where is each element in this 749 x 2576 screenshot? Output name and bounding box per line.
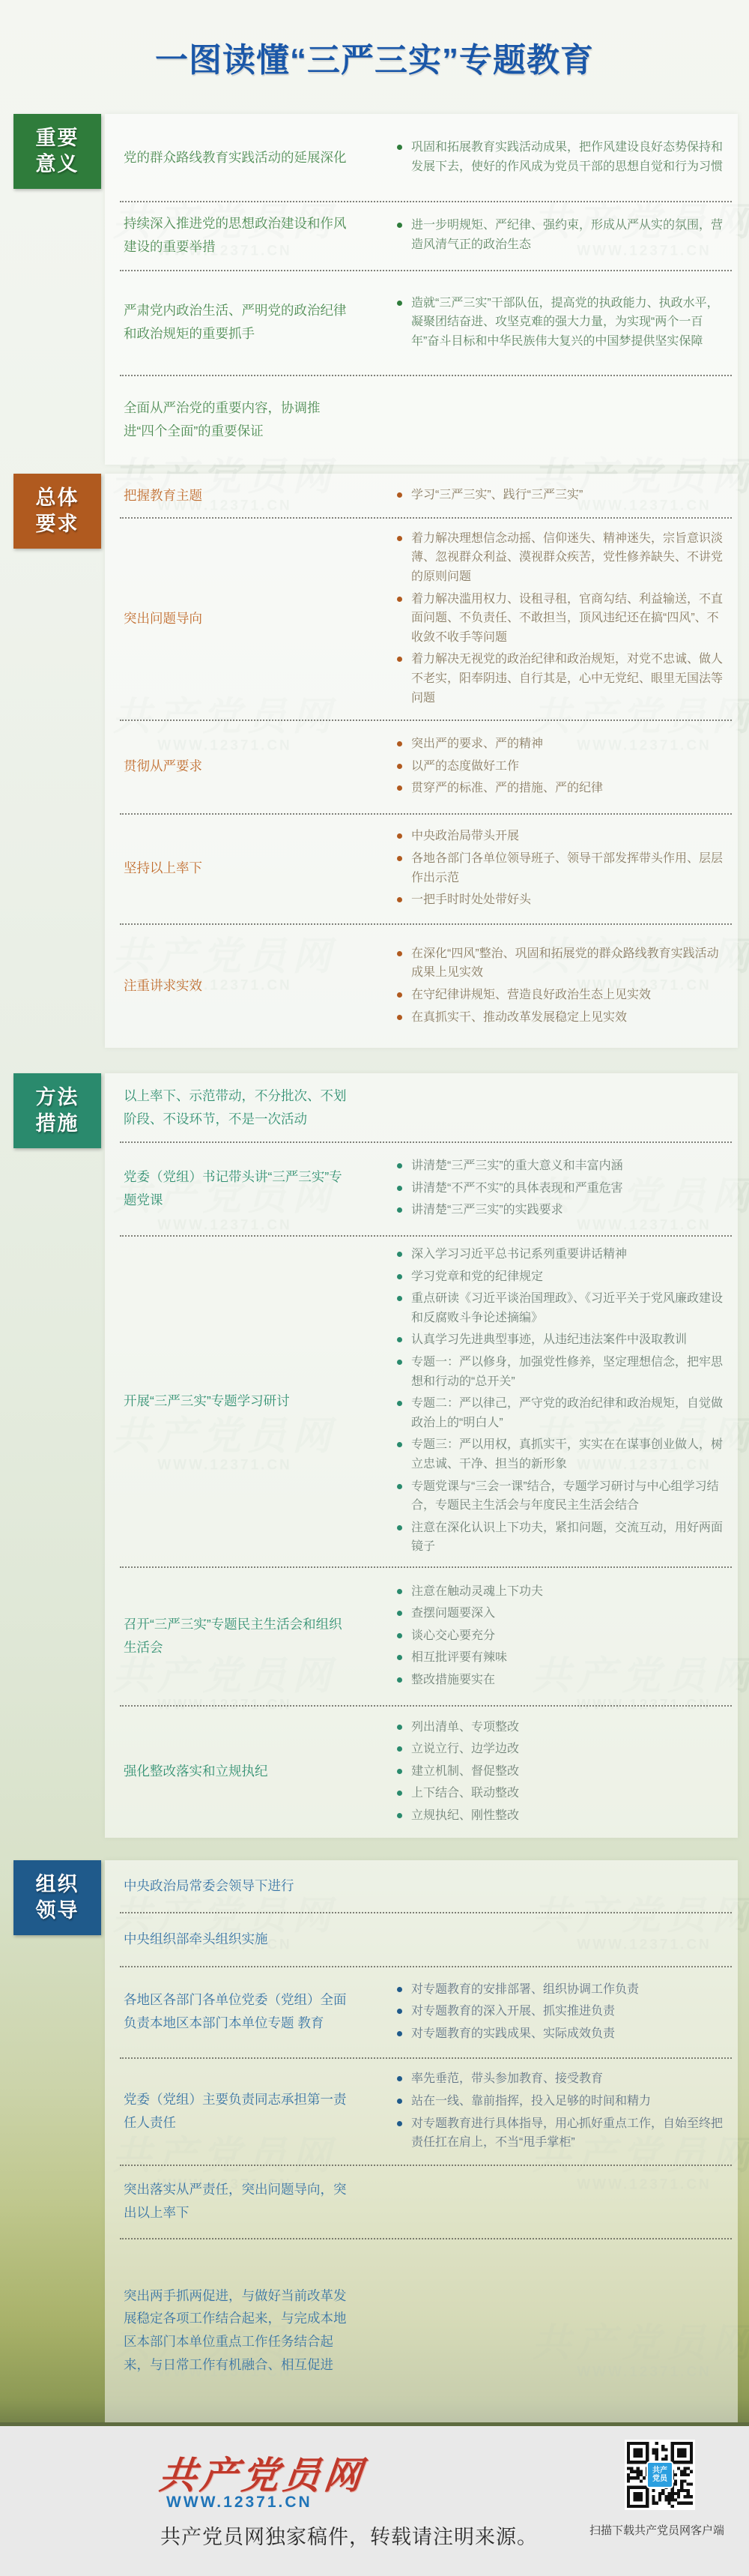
bullet-text: 上下结合、联动整改 bbox=[411, 1784, 519, 1803]
bullet-dot-icon bbox=[397, 741, 402, 746]
bullet-text: 贯穿严的标准、严的措施、严的纪律 bbox=[411, 779, 603, 798]
bullet-item: 突出严的要求、严的精神 bbox=[397, 735, 727, 754]
content-row: 把握教育主题学习“三严三实”、践行“三严三实” bbox=[105, 474, 738, 517]
content-row: 严肃党内政治生活、严明党的政治纪律和政治规矩的重要抓手造就“三严三实”干部队伍，… bbox=[105, 270, 738, 375]
row-label: 贯彻从严要求 bbox=[105, 755, 360, 778]
bullet-item: 注意在深化认识上下功夫，紧扣问题，交流互动，用好两面镜子 bbox=[397, 1518, 727, 1557]
bullet-dot-icon bbox=[397, 1633, 402, 1638]
bullet-list: 巩固和拓展教育实践活动成果，把作风建设良好态势保持和发展下去，使好的作风成为党员… bbox=[360, 135, 738, 179]
content-row: 全面从严治党的重要内容，协调推进“四个全面”的重要保证 bbox=[105, 375, 738, 465]
bullet-text: 在深化“四风”整治、巩固和拓展党的群众路线教育实践活动成果上见实效 bbox=[411, 944, 727, 983]
row-label: 中央政治局常委会领导下进行 bbox=[105, 1874, 360, 1898]
bullet-text: 在守纪律讲规矩、营造良好政治生态上见实效 bbox=[411, 986, 651, 1005]
bullet-dot-icon bbox=[397, 1015, 402, 1020]
bullet-dot-icon bbox=[397, 2031, 402, 2036]
bullet-item: 对专题教育的安排部署、组织协调工作负责 bbox=[397, 1980, 727, 2000]
bullet-dot-icon bbox=[397, 1655, 402, 1660]
bullet-dot-icon bbox=[397, 1677, 402, 1683]
bullet-dot-icon bbox=[397, 1360, 402, 1365]
content-row: 突出两手抓两促进，与做好当前改革发展稳定各项工作结合起来，与完成本地区本部门本单… bbox=[105, 2238, 738, 2422]
bullet-item: 对专题教育的实践成果、实际成效负责 bbox=[397, 2024, 727, 2044]
bullet-dot-icon bbox=[397, 301, 402, 306]
bullet-dot-icon bbox=[397, 657, 402, 662]
bullet-text: 进一步明规矩、严纪律、强约束，形成从严从实的氛围，营造风清气正的政治生态 bbox=[411, 216, 727, 254]
bullet-dot-icon bbox=[397, 2099, 402, 2104]
bullet-text: 专题二：严以律己，严守党的政治纪律和政治规矩，自觉做政治上的“明白人” bbox=[411, 1394, 727, 1432]
bullet-dot-icon bbox=[397, 992, 402, 998]
bullet-text: 率先垂范，带头参加教育、接受教育 bbox=[411, 2069, 603, 2089]
content-row: 注重讲求实效在深化“四风”整治、巩固和拓展党的群众路线教育实践活动成果上见实效在… bbox=[105, 923, 738, 1048]
bullet-dot-icon bbox=[397, 536, 402, 541]
bullet-text: 注意在深化认识上下功夫，紧扣问题，交流互动，用好两面镜子 bbox=[411, 1518, 727, 1557]
bullet-text: 在真抓实干、推动改革发展稳定上见实效 bbox=[411, 1008, 627, 1028]
qr-app-icon-text: 共产 bbox=[652, 2467, 667, 2476]
content-row: 中央组织部牵头组织实施 bbox=[105, 1912, 738, 1966]
section-badge-text: 措施 bbox=[36, 1111, 79, 1137]
bullet-item: 以严的态度做好工作 bbox=[397, 757, 727, 776]
row-label: 开展“三严三实”专题学习研讨 bbox=[105, 1390, 360, 1413]
bullet-dot-icon bbox=[397, 2121, 402, 2126]
content-row: 党的群众路线教育实践活动的延展深化巩固和拓展教育实践活动成果，把作风建设良好态势… bbox=[105, 114, 738, 201]
bullet-list: 在深化“四风”整治、巩固和拓展党的群众路线教育实践活动成果上见实效在守纪律讲规矩… bbox=[360, 941, 738, 1030]
bullet-text: 建立机制、督促整改 bbox=[411, 1762, 519, 1782]
bullet-dot-icon bbox=[397, 1746, 402, 1752]
bullet-text: 中央政治局带头开展 bbox=[411, 827, 519, 846]
content-row: 各地区各部门各单位党委（党组）全面负责本地区本部门本单位专题 教育对专题教育的安… bbox=[105, 1966, 738, 2057]
bullet-text: 站在一线、靠前指挥，投入足够的时间和精力 bbox=[411, 2092, 651, 2111]
bullet-text: 相互批评要有辣味 bbox=[411, 1648, 507, 1668]
bullet-item: 专题一：严以修身，加强党性修养，坚定理想信念，把牢思想和行动的“总开关” bbox=[397, 1353, 727, 1391]
bullet-dot-icon bbox=[397, 1813, 402, 1818]
infographic-page: 共产党员网WWW.12371.CN共产党员网WWW.12371.CN共产党员网W… bbox=[0, 0, 749, 2576]
bullet-item: 贯穿严的标准、严的措施、严的纪律 bbox=[397, 779, 727, 798]
bullet-item: 一把手时时处处带好头 bbox=[397, 890, 727, 910]
bullet-dot-icon bbox=[397, 856, 402, 861]
bullet-text: 对专题教育的深入开展、抓实推进负责 bbox=[411, 2002, 615, 2021]
bullet-text: 着力解决无视党的政治纪律和政治规矩，对党不忠诚、做人不老实，阳奉阴违、自行其是，… bbox=[411, 650, 727, 708]
bullet-text: 讲清楚“三严三实”的实践要求 bbox=[411, 1201, 563, 1220]
row-label: 注重讲求实效 bbox=[105, 974, 360, 998]
bullet-text: 以严的态度做好工作 bbox=[411, 757, 519, 776]
bullet-dot-icon bbox=[397, 2009, 402, 2014]
bullet-dot-icon bbox=[397, 1725, 402, 1730]
qr-app-icon: 共产 党员 bbox=[646, 2461, 673, 2488]
row-label: 把握教育主题 bbox=[105, 484, 360, 507]
bullet-item: 谈心交心要充分 bbox=[397, 1626, 727, 1646]
bullet-text: 专题一：严以修身，加强党性修养，坚定理想信念，把牢思想和行动的“总开关” bbox=[411, 1353, 727, 1391]
section-overall: 总体要求把握教育主题学习“三严三实”、践行“三严三实”突出问题导向着力解决理想信… bbox=[105, 474, 738, 1048]
bullet-dot-icon bbox=[397, 833, 402, 839]
bullet-dot-icon bbox=[397, 785, 402, 791]
section-badge-text: 领导 bbox=[36, 1898, 79, 1924]
bullet-list: 着力解决理想信念动摇、信仰迷失、精神迷失，宗旨意识淡薄、忽视群众利益、漠视群众疾… bbox=[360, 526, 738, 711]
page-footer: 共产党员网 WWW.12371.CN 共产党员网独家稿件，转载请注明来源。 共产… bbox=[0, 2426, 749, 2576]
page-header: 一图读懂“三严三实”专题教育 bbox=[0, 0, 749, 114]
row-label: 严肃党内政治生活、严明党的政治纪律和政治规矩的重要抓手 bbox=[105, 299, 360, 345]
bullet-item: 站在一线、靠前指挥，投入足够的时间和精力 bbox=[397, 2092, 727, 2111]
row-label: 党委（党组）书记带头讲“三严三实”专题党课 bbox=[105, 1165, 360, 1211]
bullet-dot-icon bbox=[397, 2076, 402, 2081]
bullet-dot-icon bbox=[397, 1525, 402, 1530]
bullet-dot-icon bbox=[397, 764, 402, 769]
bullet-dot-icon bbox=[397, 1163, 402, 1168]
bullet-item: 立说立行、边学边改 bbox=[397, 1740, 727, 1759]
content-row: 突出落实从严责任，突出问题导向，突出以上率下 bbox=[105, 2165, 738, 2238]
content-row: 贯彻从严要求突出严的要求、严的精神以严的态度做好工作贯穿严的标准、严的措施、严的… bbox=[105, 720, 738, 813]
qr-code: 共产 党员 bbox=[625, 2440, 695, 2510]
bullet-text: 讲清楚“三严三实”的重大意义和丰富内涵 bbox=[411, 1156, 623, 1176]
site-logo: 共产党员网 bbox=[157, 2446, 369, 2500]
bullet-item: 讲清楚“三严三实”的重大意义和丰富内涵 bbox=[397, 1156, 727, 1176]
row-label: 突出问题导向 bbox=[105, 607, 360, 630]
bullet-text: 一把手时时处处带好头 bbox=[411, 890, 531, 910]
bullet-dot-icon bbox=[397, 1207, 402, 1213]
bullet-item: 进一步明规矩、严纪律、强约束，形成从严从实的氛围，营造风清气正的政治生态 bbox=[397, 216, 727, 254]
section-badge-overall: 总体要求 bbox=[13, 474, 101, 549]
bullet-text: 对专题教育的安排部署、组织协调工作负责 bbox=[411, 1980, 639, 2000]
bullet-dot-icon bbox=[397, 1769, 402, 1774]
bullet-item: 整改措施要实在 bbox=[397, 1671, 727, 1690]
bullet-text: 认真学习先进典型事迹，从违纪违法案件中汲取教训 bbox=[411, 1330, 687, 1350]
row-label: 突出两手抓两促进，与做好当前改革发展稳定各项工作结合起来，与完成本地区本部门本单… bbox=[105, 2284, 360, 2377]
bullet-dot-icon bbox=[397, 1274, 402, 1279]
bullet-text: 学习“三严三实”、践行“三严三实” bbox=[411, 486, 583, 505]
bullet-list: 学习“三严三实”、践行“三严三实” bbox=[360, 483, 738, 508]
bullet-dot-icon bbox=[397, 897, 402, 902]
bullet-dot-icon bbox=[397, 597, 402, 602]
bullet-list: 列出清单、专项整改立说立行、边学边改建立机制、督促整改上下结合、联动整改立规执纪… bbox=[360, 1715, 738, 1829]
bullet-item: 在守纪律讲规矩、营造良好政治生态上见实效 bbox=[397, 986, 727, 1005]
bullet-list: 对专题教育的安排部署、组织协调工作负责对专题教育的深入开展、抓实推进负责对专题教… bbox=[360, 1977, 738, 2047]
qr-app-icon-text: 党员 bbox=[652, 2475, 667, 2484]
bullet-item: 着力解决无视党的政治纪律和政治规矩，对党不忠诚、做人不老实，阳奉阴违、自行其是，… bbox=[397, 650, 727, 708]
bullet-item: 列出清单、专项整改 bbox=[397, 1718, 727, 1737]
bullet-text: 突出严的要求、严的精神 bbox=[411, 735, 543, 754]
bullet-text: 造就“三严三实”干部队伍，提高党的执政能力、执政水平，凝聚团结奋进、攻坚克难的强… bbox=[411, 294, 727, 352]
bullet-text: 各地各部门各单位领导班子、领导干部发挥带头作用、层层作出示范 bbox=[411, 849, 727, 887]
bullet-item: 巩固和拓展教育实践活动成果，把作风建设良好态势保持和发展下去，使好的作风成为党员… bbox=[397, 138, 727, 176]
bullet-text: 列出清单、专项整改 bbox=[411, 1718, 519, 1737]
bullet-item: 在深化“四风”整治、巩固和拓展党的群众路线教育实践活动成果上见实效 bbox=[397, 944, 727, 983]
bullet-list: 深入学习习近平总书记系列重要讲话精神学习党章和党的纪律规定重点研读《习近平谈治国… bbox=[360, 1242, 738, 1560]
bullet-text: 谈心交心要充分 bbox=[411, 1626, 495, 1646]
section-methods: 方法措施以上率下、示范带动，不分批次、不划阶段、不设环节，不是一次活动党委（党组… bbox=[105, 1073, 738, 1838]
section-badge-leadership: 组织领导 bbox=[13, 1860, 101, 1935]
bullet-item: 学习“三严三实”、践行“三严三实” bbox=[397, 486, 727, 505]
bullet-text: 深入学习习近平总书记系列重要讲话精神 bbox=[411, 1245, 627, 1264]
bullet-item: 查摆问题要深入 bbox=[397, 1604, 727, 1623]
bullet-item: 深入学习习近平总书记系列重要讲话精神 bbox=[397, 1245, 727, 1264]
bullet-item: 在真抓实干、推动改革发展稳定上见实效 bbox=[397, 1008, 727, 1028]
copyright-note: 共产党员网独家稿件，转载请注明来源。 bbox=[160, 2521, 538, 2550]
bullet-dot-icon bbox=[397, 223, 402, 228]
content-row: 中央政治局常委会领导下进行 bbox=[105, 1860, 738, 1912]
bullet-item: 相互批评要有辣味 bbox=[397, 1648, 727, 1668]
bullet-dot-icon bbox=[397, 492, 402, 498]
section-importance: 重要意义党的群众路线教育实践活动的延展深化巩固和拓展教育实践活动成果，把作风建设… bbox=[105, 114, 738, 465]
bullet-text: 整改措施要实在 bbox=[411, 1671, 495, 1690]
bullet-text: 讲清楚“不严不实”的具体表现和严重危害 bbox=[411, 1179, 623, 1198]
bullet-item: 中央政治局带头开展 bbox=[397, 827, 727, 846]
row-label: 以上率下、示范带动，不分批次、不划阶段、不设环节，不是一次活动 bbox=[105, 1085, 360, 1130]
sections-container: 重要意义党的群众路线教育实践活动的延展深化巩固和拓展教育实践活动成果，把作风建设… bbox=[0, 114, 749, 2422]
bullet-dot-icon bbox=[397, 1296, 402, 1301]
bullet-list: 率先垂范，带头参加教育、接受教育站在一线、靠前指挥，投入足够的时间和精力对专题教… bbox=[360, 2066, 738, 2155]
row-label: 中央组织部牵头组织实施 bbox=[105, 1928, 360, 1951]
row-label: 全面从严治党的重要内容，协调推进“四个全面”的重要保证 bbox=[105, 396, 360, 442]
bullet-item: 上下结合、联动整改 bbox=[397, 1784, 727, 1803]
content-row: 突出问题导向着力解决理想信念动摇、信仰迷失、精神迷失，宗旨意识淡薄、忽视群众利益… bbox=[105, 517, 738, 720]
section-leadership: 组织领导中央政治局常委会领导下进行中央组织部牵头组织实施各地区各部门各单位党委（… bbox=[105, 1860, 738, 2422]
bullet-text: 对专题教育的实践成果、实际成效负责 bbox=[411, 2024, 615, 2044]
bullet-item: 讲清楚“不严不实”的具体表现和严重危害 bbox=[397, 1179, 727, 1198]
bullet-item: 对专题教育的深入开展、抓实推进负责 bbox=[397, 2002, 727, 2021]
section-badge-methods: 方法措施 bbox=[13, 1073, 101, 1148]
bullet-text: 立规执纪、刚性整改 bbox=[411, 1806, 519, 1826]
section-badge-text: 组织 bbox=[36, 1871, 79, 1898]
bullet-item: 造就“三严三实”干部队伍，提高党的执政能力、执政水平，凝聚团结奋进、攻坚克难的强… bbox=[397, 294, 727, 352]
bullet-dot-icon bbox=[397, 1611, 402, 1616]
bullet-dot-icon bbox=[397, 1791, 402, 1796]
bullet-text: 专题党课与“三会一课”结合，专题学习研讨与中心组学习结合，专题民主生活会与年度民… bbox=[411, 1477, 727, 1515]
content-row: 坚持以上率下中央政治局带头开展各地各部门各单位领导班子、领导干部发挥带头作用、层… bbox=[105, 813, 738, 923]
qr-caption: 扫描下载共产党员网客户端 bbox=[586, 2522, 728, 2538]
section-badge-text: 方法 bbox=[36, 1085, 79, 1111]
content-row: 开展“三严三实”专题学习研讨深入学习习近平总书记系列重要讲话精神学习党章和党的纪… bbox=[105, 1235, 738, 1566]
bullet-list: 中央政治局带头开展各地各部门各单位领导班子、领导干部发挥带头作用、层层作出示范一… bbox=[360, 824, 738, 912]
bullet-item: 对专题教育进行具体指导，用心抓好重点工作，自始至终把责任扛在肩上，不当“甩手掌柜… bbox=[397, 2114, 727, 2153]
bullet-text: 对专题教育进行具体指导，用心抓好重点工作，自始至终把责任扛在肩上，不当“甩手掌柜… bbox=[411, 2114, 727, 2153]
row-label: 强化整改落实和立规执纪 bbox=[105, 1760, 360, 1783]
bullet-text: 巩固和拓展教育实践活动成果，把作风建设良好态势保持和发展下去，使好的作风成为党员… bbox=[411, 138, 727, 176]
bullet-item: 学习党章和党的纪律规定 bbox=[397, 1267, 727, 1287]
row-label: 召开“三严三实”专题民主生活会和组织生活会 bbox=[105, 1613, 360, 1659]
row-label: 各地区各部门各单位党委（党组）全面负责本地区本部门本单位专题 教育 bbox=[105, 1988, 360, 2034]
section-badge-text: 重要 bbox=[36, 125, 79, 151]
bullet-dot-icon bbox=[397, 1589, 402, 1594]
bullet-list: 造就“三严三实”干部队伍，提高党的执政能力、执政水平，凝聚团结奋进、攻坚克难的强… bbox=[360, 291, 738, 355]
row-label: 持续深入推进党的思想政治建设和作风建设的重要举措 bbox=[105, 212, 360, 258]
bullet-list: 讲清楚“三严三实”的重大意义和丰富内涵讲清楚“不严不实”的具体表现和严重危害讲清… bbox=[360, 1153, 738, 1223]
content-row: 强化整改落实和立规执纪列出清单、专项整改立说立行、边学边改建立机制、督促整改上下… bbox=[105, 1705, 738, 1838]
bullet-item: 着力解决滥用权力、设租寻租，官商勾结、利益输送，不直面问题、不负责任、不敢担当，… bbox=[397, 590, 727, 648]
bullet-dot-icon bbox=[397, 1186, 402, 1191]
content-row: 以上率下、示范带动，不分批次、不划阶段、不设环节，不是一次活动 bbox=[105, 1073, 738, 1141]
site-url: WWW.12371.CN bbox=[166, 2494, 312, 2512]
bullet-dot-icon bbox=[397, 1484, 402, 1489]
bullet-dot-icon bbox=[397, 1252, 402, 1257]
content-row: 持续深入推进党的思想政治建设和作风建设的重要举措进一步明规矩、严纪律、强约束，形… bbox=[105, 201, 738, 270]
row-label: 党委（党组）主要负责同志承担第一责任人责任 bbox=[105, 2088, 360, 2134]
content-background: 共产党员网WWW.12371.CN共产党员网WWW.12371.CN共产党员网W… bbox=[0, 0, 749, 2422]
bullet-item: 着力解决理想信念动摇、信仰迷失、精神迷失，宗旨意识淡薄、忽视群众利益、漠视群众疾… bbox=[397, 529, 727, 587]
section-badge-text: 意义 bbox=[36, 151, 79, 178]
bullet-dot-icon bbox=[397, 1987, 402, 1992]
bullet-dot-icon bbox=[397, 951, 402, 956]
row-label: 突出落实从严责任，突出问题导向，突出以上率下 bbox=[105, 2178, 360, 2224]
section-badge-importance: 重要意义 bbox=[13, 114, 101, 189]
page-title: 一图读懂“三严三实”专题教育 bbox=[155, 33, 594, 81]
content-row: 党委（党组）主要负责同志承担第一责任人责任率先垂范，带头参加教育、接受教育站在一… bbox=[105, 2057, 738, 2165]
section-badge-text: 总体 bbox=[36, 485, 79, 511]
section-badge-text: 要求 bbox=[36, 511, 79, 537]
bullet-item: 专题党课与“三会一课”结合，专题学习研讨与中心组学习结合，专题民主生活会与年度民… bbox=[397, 1477, 727, 1515]
content-row: 党委（党组）书记带头讲“三严三实”专题党课讲清楚“三严三实”的重大意义和丰富内涵… bbox=[105, 1141, 738, 1235]
bullet-dot-icon bbox=[397, 1337, 402, 1342]
bullet-text: 立说立行、边学边改 bbox=[411, 1740, 519, 1759]
bullet-item: 认真学习先进典型事迹，从违纪违法案件中汲取教训 bbox=[397, 1330, 727, 1350]
bullet-list: 注意在触动灵魂上下功夫查摆问题要深入谈心交心要充分相互批评要有辣味整改措施要实在 bbox=[360, 1579, 738, 1693]
content-row: 召开“三严三实”专题民主生活会和组织生活会注意在触动灵魂上下功夫查摆问题要深入谈… bbox=[105, 1566, 738, 1705]
bullet-text: 着力解决理想信念动摇、信仰迷失、精神迷失，宗旨意识淡薄、忽视群众利益、漠视群众疾… bbox=[411, 529, 727, 587]
bullet-item: 立规执纪、刚性整改 bbox=[397, 1806, 727, 1826]
bullet-dot-icon bbox=[397, 1442, 402, 1447]
bullet-item: 专题二：严以律己，严守党的政治纪律和政治规矩，自觉做政治上的“明白人” bbox=[397, 1394, 727, 1432]
bullet-text: 查摆问题要深入 bbox=[411, 1604, 495, 1623]
bullet-item: 建立机制、督促整改 bbox=[397, 1762, 727, 1782]
bullet-item: 重点研读《习近平谈治国理政》、《习近平关于党风廉政建设和反腐败斗争论述摘编》 bbox=[397, 1289, 727, 1327]
bullet-item: 率先垂范，带头参加教育、接受教育 bbox=[397, 2069, 727, 2089]
bullet-text: 注意在触动灵魂上下功夫 bbox=[411, 1582, 543, 1602]
bullet-list: 进一步明规矩、严纪律、强约束，形成从严从实的氛围，营造风清气正的政治生态 bbox=[360, 213, 738, 257]
bullet-item: 专题三：严以用权，真抓实干，实实在在谋事创业做人，树立忠诚、干净、担当的新形象 bbox=[397, 1435, 727, 1473]
bullet-list: 突出严的要求、严的精神以严的态度做好工作贯穿严的标准、严的措施、严的纪律 bbox=[360, 732, 738, 801]
bullet-item: 讲清楚“三严三实”的实践要求 bbox=[397, 1201, 727, 1220]
bullet-dot-icon bbox=[397, 1401, 402, 1406]
bullet-text: 专题三：严以用权，真抓实干，实实在在谋事创业做人，树立忠诚、干净、担当的新形象 bbox=[411, 1435, 727, 1473]
bullet-dot-icon bbox=[397, 145, 402, 150]
bullet-item: 注意在触动灵魂上下功夫 bbox=[397, 1582, 727, 1602]
bullet-text: 重点研读《习近平谈治国理政》、《习近平关于党风廉政建设和反腐败斗争论述摘编》 bbox=[411, 1289, 727, 1327]
bullet-text: 学习党章和党的纪律规定 bbox=[411, 1267, 543, 1287]
row-label: 坚持以上率下 bbox=[105, 857, 360, 880]
row-label: 党的群众路线教育实践活动的延展深化 bbox=[105, 146, 360, 169]
bullet-text: 着力解决滥用权力、设租寻租，官商勾结、利益输送，不直面问题、不负责任、不敢担当，… bbox=[411, 590, 727, 648]
bullet-item: 各地各部门各单位领导班子、领导干部发挥带头作用、层层作出示范 bbox=[397, 849, 727, 887]
